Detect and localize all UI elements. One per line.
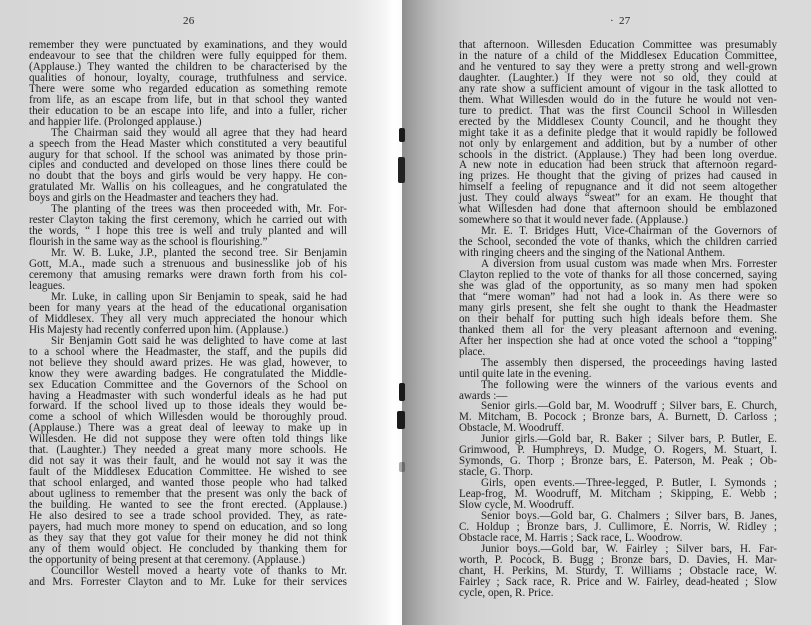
text-line: might take it as a definite pledge that … — [459, 128, 777, 139]
text-line: ceremony that amusing remarks were drawn… — [29, 270, 347, 281]
text-line: The Chairman said they would all agree t… — [29, 128, 347, 139]
right-page: ·27 that afternoon. Willesden Education … — [402, 0, 811, 625]
page-number-value: 27 — [619, 15, 631, 27]
binding-staple-mark — [399, 383, 405, 401]
page-number-right: ·27 — [610, 15, 631, 27]
right-page-body: that afternoon. Willesden Education Comm… — [459, 40, 777, 599]
text-line: and Mrs. Forrester Clayton and to Mr. Lu… — [29, 577, 347, 588]
text-line: erected by the Middlesex County Council,… — [459, 117, 777, 128]
binding-staple-mark — [399, 462, 405, 472]
text-line: After her inspection she had at once vot… — [459, 336, 777, 347]
text-line: not only by enlargement and addition, bu… — [459, 139, 777, 150]
text-line: and happier life. (Prolonged applause.) — [29, 117, 347, 128]
text-line: place. — [459, 347, 777, 358]
text-line: to a school where the Headmaster, the st… — [29, 347, 347, 358]
left-page-body: remember they were punctuated by examina… — [29, 40, 347, 588]
binding-staple-mark — [399, 128, 405, 142]
left-page: 26 remember they were punctuated by exam… — [0, 0, 402, 625]
binding-staple-mark — [398, 157, 405, 183]
text-line: cycle, open, R. Price. — [459, 588, 777, 599]
text-line: not believe they should award prizes. He… — [29, 358, 347, 369]
text-line: Fairley ; Sack race, R. Price and W. Fai… — [459, 577, 777, 588]
text-line: The assembly then dispersed, the proceed… — [459, 358, 777, 369]
text-line: know they were awarding badges. He congr… — [29, 369, 347, 380]
text-line: The following were the winners of the va… — [459, 380, 777, 391]
page-number-mark: · — [610, 15, 614, 27]
binding-staple-mark — [397, 411, 405, 429]
text-line: until quite late in the evening. — [459, 369, 777, 380]
text-line: sex Education Committee and the Governor… — [29, 380, 347, 391]
page-number-left: 26 — [183, 15, 195, 27]
text-line: a speech from the Head Master which cons… — [29, 139, 347, 150]
